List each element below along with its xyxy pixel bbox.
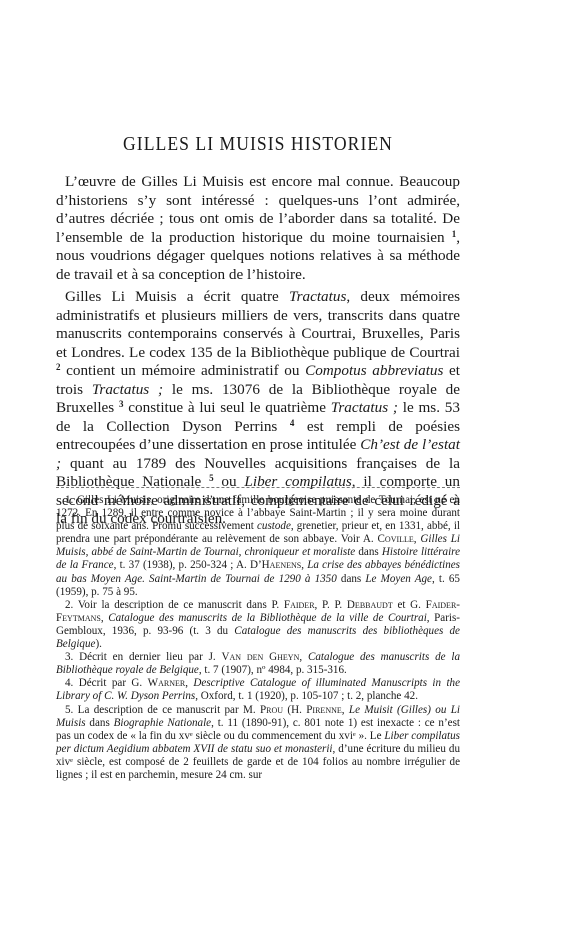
italic-text: Tractatus [289, 288, 346, 305]
author-name: Warner [148, 677, 186, 689]
author-name: Prou [260, 704, 283, 716]
footnotes: 1. Gilles Li Muisis, originaire d’une fa… [56, 494, 460, 782]
body-paragraph-2: Gilles Li Muisis a écrit quatre Tractatu… [56, 288, 460, 529]
footnote-ref: 2 [56, 362, 61, 372]
italic-text: Catalogue des manuscrits des bibliothèqu… [56, 625, 460, 650]
italic-text: Tractatus ; [331, 399, 398, 416]
footnote-separator [56, 487, 460, 488]
footnote-3: 3. Décrit en dernier lieu par J. Van den… [56, 651, 460, 677]
italic-text: Compotus abbreviatus [305, 362, 443, 379]
author-name: Pirenne [306, 704, 342, 716]
chapter-title: GILLES LI MUISIS HISTORIEN [84, 133, 431, 156]
author-name: Debbaudt [347, 599, 393, 611]
italic-text: Catalogue des manuscrits de la Bibliothè… [108, 612, 427, 624]
italic-text: Tractatus ; [92, 381, 163, 398]
italic-text: Biographie Nationale [114, 717, 212, 729]
italic-text: custode [257, 520, 291, 532]
footnote-2: 2. Voir la description de ce manuscrit d… [56, 599, 460, 651]
body-paragraph-1: L’œuvre de Gilles Li Muisis est encore m… [56, 173, 460, 284]
footnote-ref: 4 [290, 418, 295, 428]
paragraph: L’œuvre de Gilles Li Muisis est encore m… [56, 173, 460, 284]
footnote-1: 1. Gilles Li Muisis, originaire d’une fa… [56, 494, 460, 599]
italic-text: Le Moyen Age [365, 573, 432, 585]
footnote-4: 4. Décrit par G. Warner, Descriptive Cat… [56, 677, 460, 703]
author-name: Haenens [262, 559, 302, 571]
author-name: Coville [378, 533, 414, 545]
italic-text: Liber compilatus per dictum Aegidium abb… [56, 730, 460, 755]
footnote-ref: 3 [119, 399, 124, 409]
footnote-ref: 1 [452, 229, 457, 239]
footnote-ref: 5 [209, 473, 214, 483]
author-name: Van den Gheyn [222, 651, 300, 663]
author-name: Faider [284, 599, 315, 611]
footnote-5: 5. La description de ce manuscrit par M.… [56, 704, 460, 783]
italic-text: Descriptive Catalogue of illuminated Man… [56, 677, 460, 702]
paragraph: Gilles Li Muisis a écrit quatre Tractatu… [56, 288, 460, 529]
italic-text: Ch’est de l’estat ; [56, 436, 460, 472]
